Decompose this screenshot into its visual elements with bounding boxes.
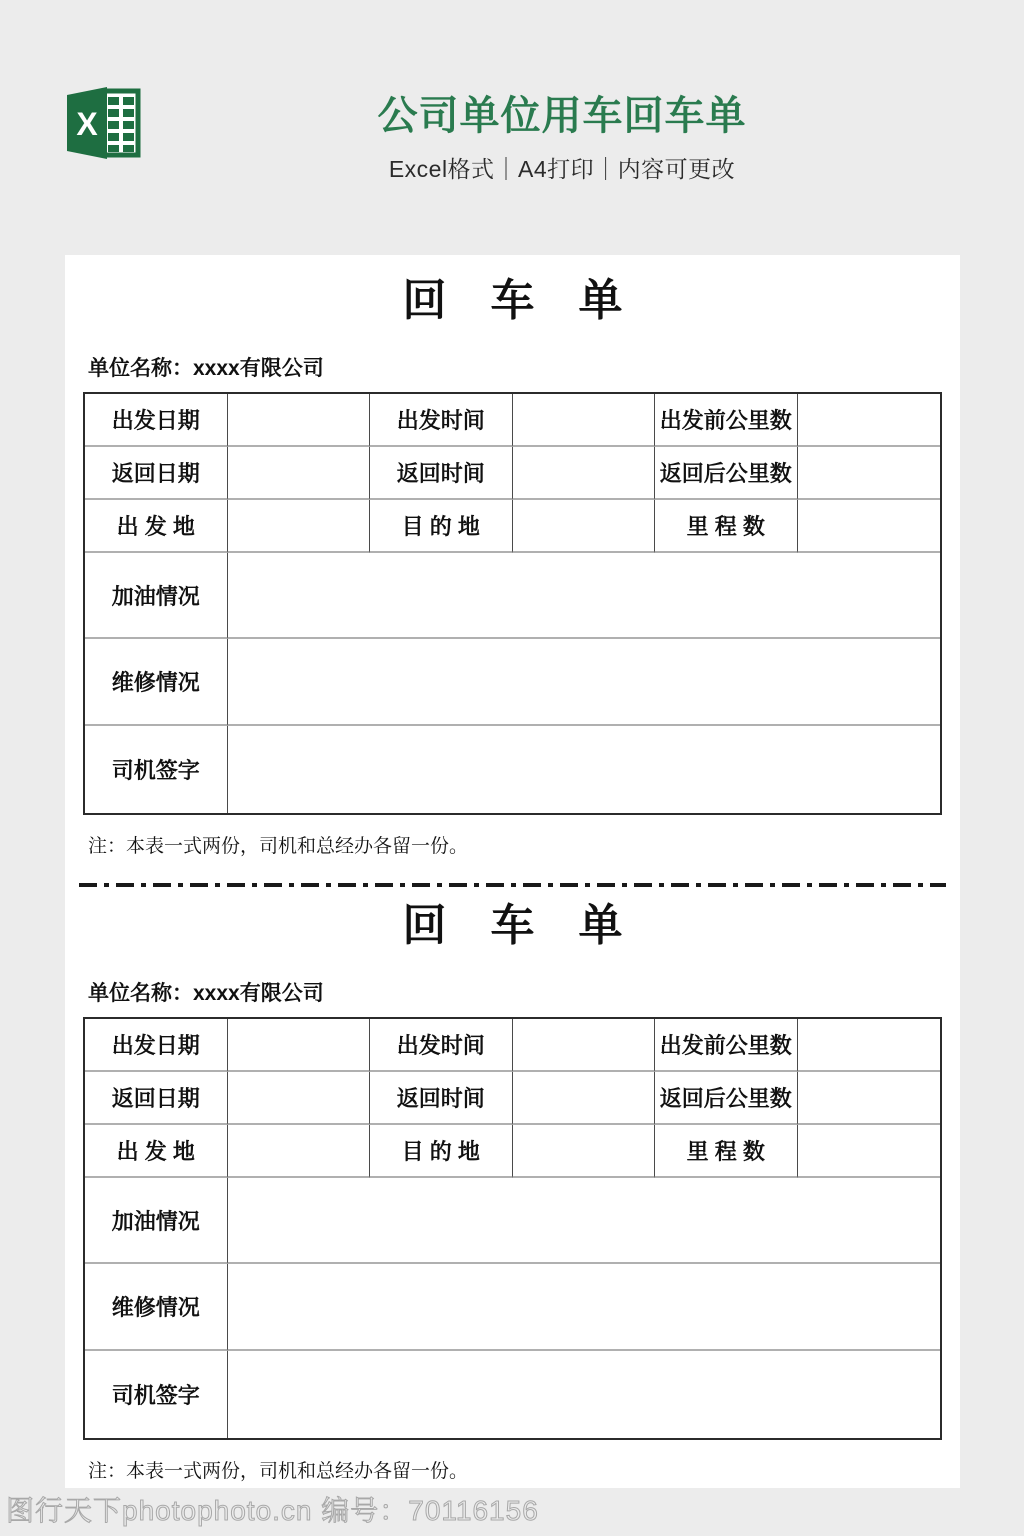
table-input-cell [228, 447, 371, 500]
table-label-cell: 出 发 地 [85, 1125, 228, 1178]
return-form-table: 出发日期 出发时间 出发前公里数 返回日期 返回时间 返回后公里数 出 发 地 … [83, 392, 942, 815]
table-input-cell [228, 394, 371, 447]
table-input-cell [798, 1072, 941, 1125]
table-input-cell [228, 1125, 371, 1178]
table-input-cell [228, 1072, 371, 1125]
table-input-cell [513, 500, 656, 553]
table-label-cell: 出发时间 [370, 394, 513, 447]
dash-dot-divider [79, 883, 946, 887]
table-input-cell [798, 500, 941, 553]
table-label-cell: 维修情况 [85, 639, 228, 726]
form-copy-2: 回 车 单 单位名称：xxxx有限公司 出发日期 出发时间 出发前公里数 返回日… [65, 903, 960, 1483]
table-label-cell: 返回时间 [370, 1072, 513, 1125]
return-form-table: 出发日期 出发时间 出发前公里数 返回日期 返回时间 返回后公里数 出 发 地 … [83, 1017, 942, 1440]
form-note: 注：本表一式两份，司机和总经办各留一份。 [88, 831, 960, 858]
table-label-cell: 出发时间 [370, 1019, 513, 1072]
table-label-cell: 维修情况 [85, 1264, 228, 1351]
document-page: 回 车 单 单位名称：xxxx有限公司 出发日期 出发时间 出发前公里数 返回日… [65, 255, 960, 1488]
table-label-cell: 出发日期 [85, 1019, 228, 1072]
table-input-cell [513, 447, 656, 500]
table-input-cell [513, 1125, 656, 1178]
table-label-cell: 司机签字 [85, 1351, 228, 1438]
table-input-cell [513, 394, 656, 447]
table-label-cell: 出发前公里数 [655, 1019, 798, 1072]
watermark-text: 图行天下photophoto.cn 编号：70116156 [6, 1489, 539, 1529]
page-title: 公司单位用车回车单 [100, 94, 1024, 138]
table-label-cell: 出发日期 [85, 394, 228, 447]
table-label-cell: 返回日期 [85, 1072, 228, 1125]
table-input-cell [798, 1125, 941, 1178]
table-label-cell: 返回后公里数 [655, 447, 798, 500]
table-input-cell [228, 1019, 371, 1072]
form-title: 回 车 单 [65, 278, 960, 324]
table-input-cell [513, 1072, 656, 1125]
table-input-cell [798, 394, 941, 447]
table-label-cell: 返回日期 [85, 447, 228, 500]
company-name-line: 单位名称：xxxx有限公司 [88, 352, 960, 382]
table-label-cell: 返回时间 [370, 447, 513, 500]
table-input-cell [228, 726, 941, 813]
table-label-cell: 出发前公里数 [655, 394, 798, 447]
form-note: 注：本表一式两份，司机和总经办各留一份。 [88, 1456, 960, 1483]
table-input-cell [798, 1019, 941, 1072]
table-label-cell: 司机签字 [85, 726, 228, 813]
table-label-cell: 里 程 数 [655, 500, 798, 553]
table-label-cell: 目 的 地 [370, 1125, 513, 1178]
form-copy-1: 回 车 单 单位名称：xxxx有限公司 出发日期 出发时间 出发前公里数 返回日… [65, 278, 960, 858]
table-input-cell [513, 1019, 656, 1072]
page-subtitle: Excel格式｜A4打印｜内容可更改 [100, 151, 1024, 184]
table-label-cell: 返回后公里数 [655, 1072, 798, 1125]
company-name-line: 单位名称：xxxx有限公司 [88, 977, 960, 1007]
table-input-cell [228, 1178, 941, 1264]
table-label-cell: 加油情况 [85, 1178, 228, 1264]
table-input-cell [228, 553, 941, 639]
table-label-cell: 里 程 数 [655, 1125, 798, 1178]
header: X 公司单位用车回车单 Excel格式｜A4打印｜内容可更改 [0, 0, 1024, 255]
table-label-cell: 加油情况 [85, 553, 228, 639]
table-label-cell: 目 的 地 [370, 500, 513, 553]
table-input-cell [228, 639, 941, 726]
svg-text:X: X [76, 106, 98, 142]
table-input-cell [228, 1351, 941, 1438]
table-input-cell [228, 500, 371, 553]
form-title: 回 车 单 [65, 903, 960, 949]
table-input-cell [228, 1264, 941, 1351]
table-label-cell: 出 发 地 [85, 500, 228, 553]
table-input-cell [798, 447, 941, 500]
